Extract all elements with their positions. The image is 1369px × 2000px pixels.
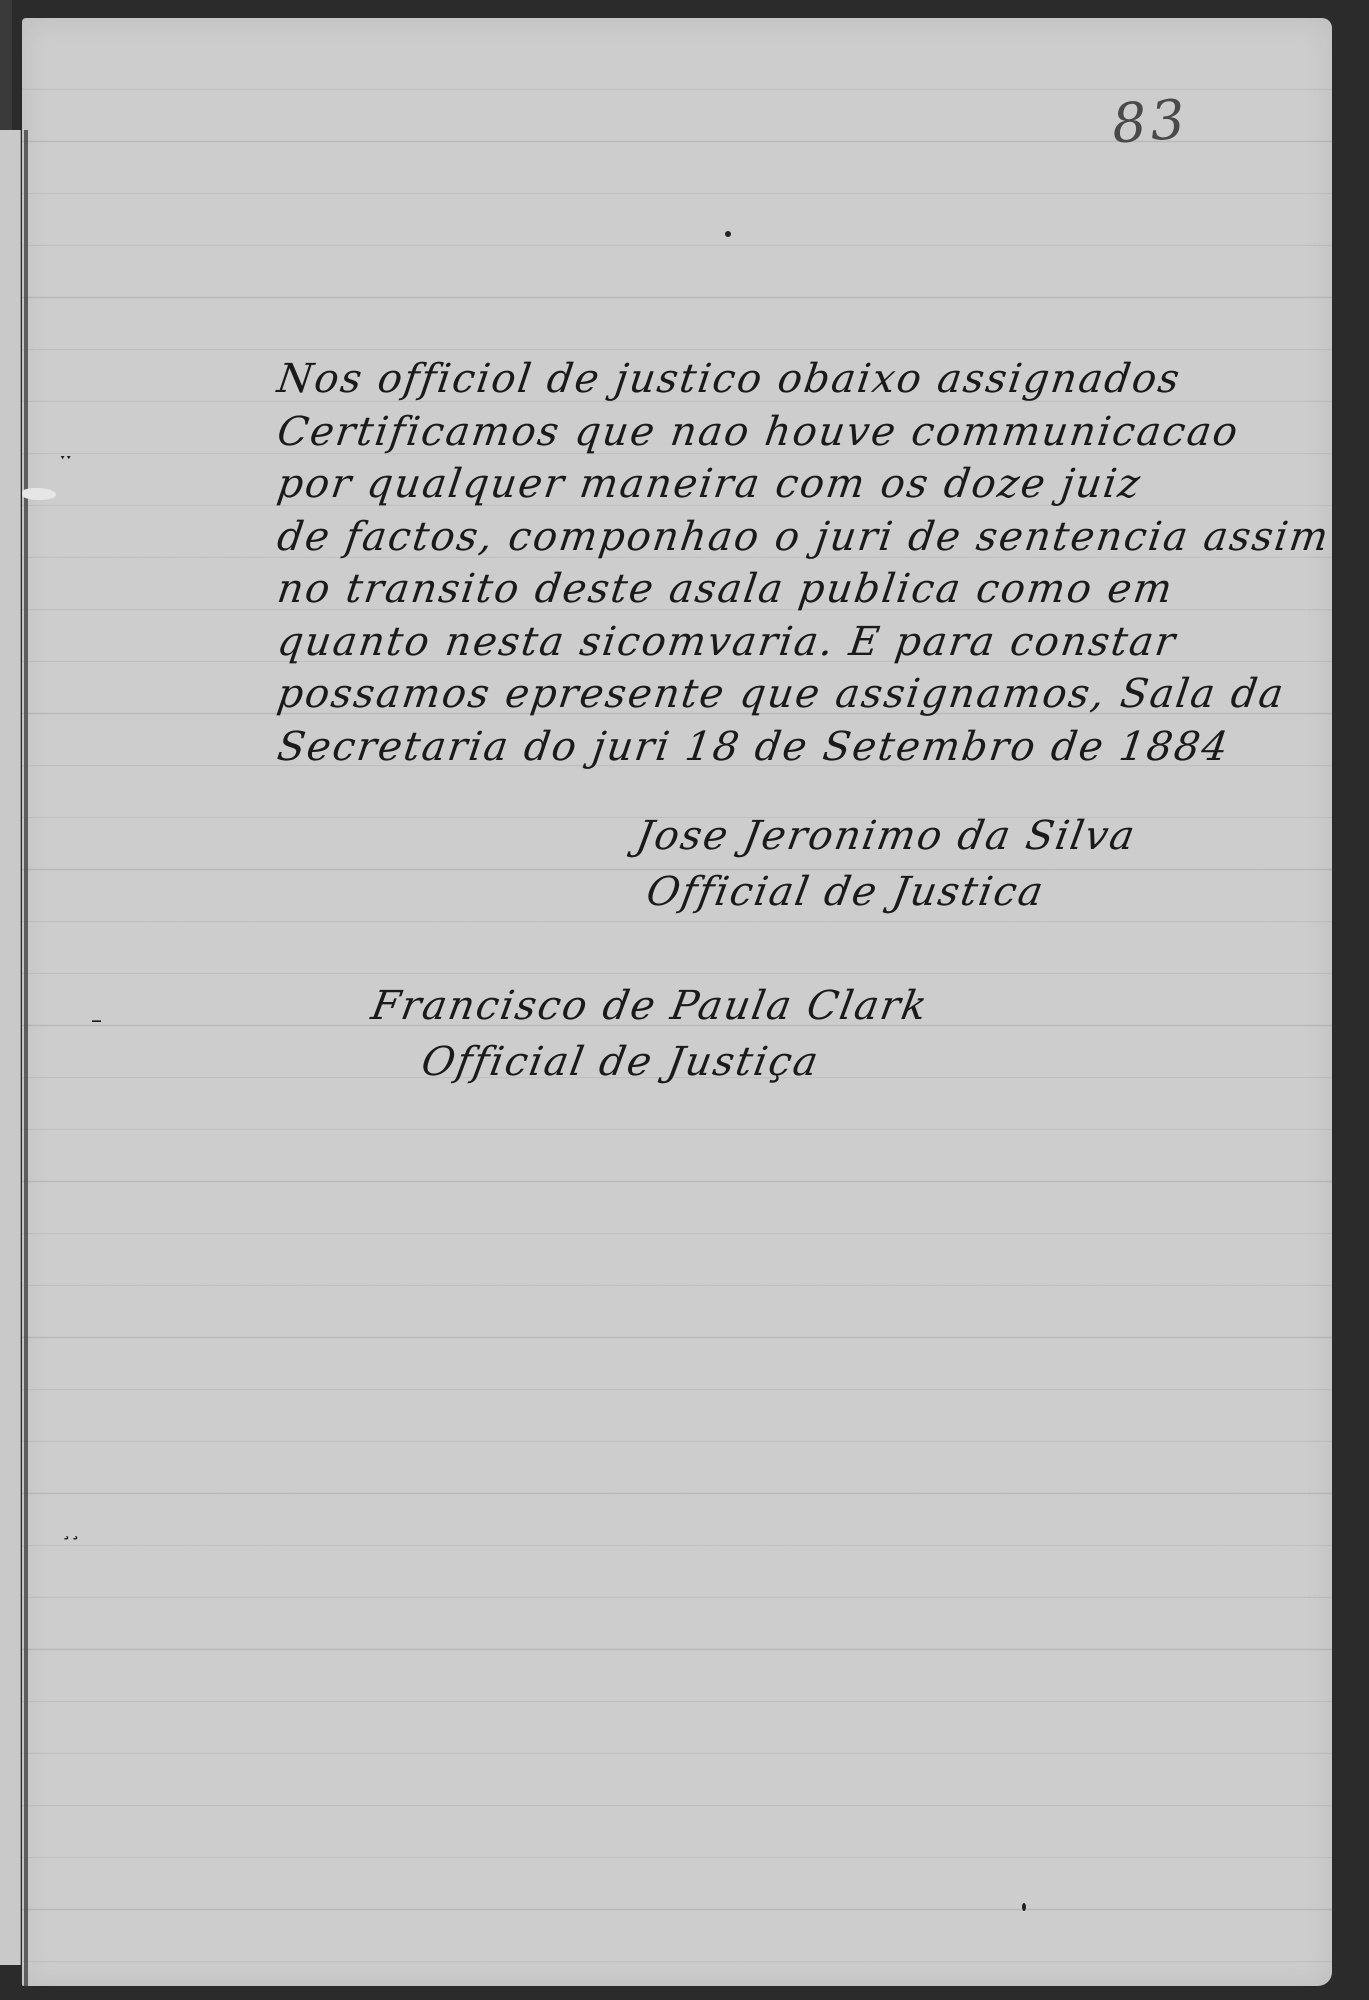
ink-speck xyxy=(1022,1903,1026,1911)
document-page: 83 ˑˑ ‾ ¸¸ Nos officiol de justico obaix… xyxy=(22,18,1332,1986)
signature-block-1: Jose Jeronimo da Silva Official de Justi… xyxy=(622,808,1141,920)
signatory-name: Jose Jeronimo da Silva xyxy=(632,808,1141,864)
folio-number: 83 xyxy=(1110,87,1191,155)
certificate-body: Nos officiol de justico obaixo assignado… xyxy=(274,353,1294,773)
body-line: quanto nesta sicomvaria. E para constar xyxy=(274,616,1301,669)
signatory-title: Official de Justica xyxy=(622,864,1131,920)
scan-border-left xyxy=(0,0,12,130)
signatory-name: Francisco de Paula Clark xyxy=(367,978,933,1034)
ink-speck xyxy=(725,231,731,237)
body-line: por qualquer maneira com os doze juiz xyxy=(274,458,1301,511)
signature-block-2: Francisco de Paula Clark Official de Jus… xyxy=(357,978,933,1090)
margin-mark-1: ˑˑ xyxy=(60,450,72,471)
body-line: no transito deste asala publica como em xyxy=(274,563,1301,616)
margin-mark-2: ‾ xyxy=(92,1018,101,1039)
margin-rule-line xyxy=(24,130,28,1986)
body-line: Secretaria do juri 18 de Setembro de 188… xyxy=(274,721,1301,774)
adjacent-page-edge xyxy=(0,130,21,1965)
paper-tear-mark xyxy=(22,488,56,500)
margin-mark-3: ¸¸ xyxy=(62,1520,80,1541)
body-line: Certificamos que nao houve communicacao xyxy=(274,406,1301,459)
body-line: de factos, componhao o juri de sentencia… xyxy=(274,511,1301,564)
body-line: possamos epresente que assignamos, Sala … xyxy=(274,668,1301,721)
signatory-title: Official de Justiça xyxy=(357,1034,923,1090)
body-line: Nos officiol de justico obaixo assignado… xyxy=(274,353,1301,406)
